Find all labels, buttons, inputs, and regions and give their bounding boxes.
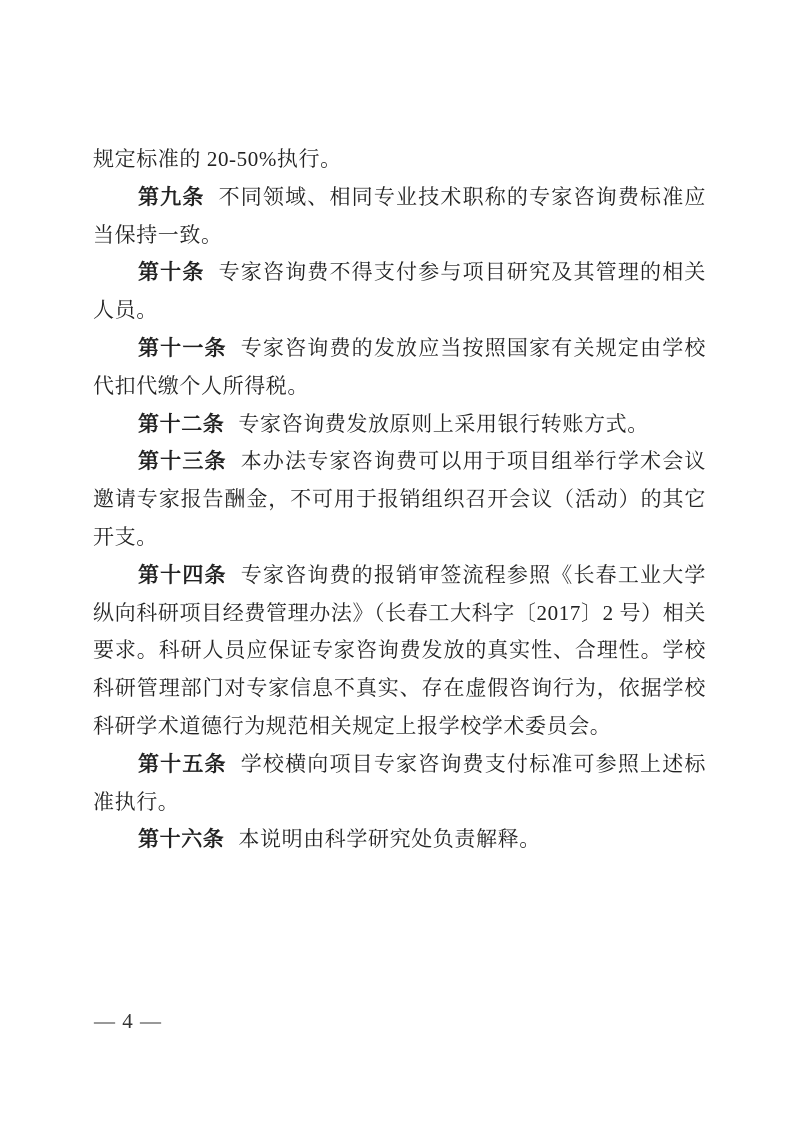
text-line: 第十四条专家咨询费的报销审签流程参照《长春工业大学: [93, 557, 706, 595]
article-number: 第十一条: [138, 337, 227, 360]
line-text: 邀请专家报告酬金，不可用于报销组织召开会议（活动）的其它: [93, 487, 706, 511]
text-line: 第十一条专家咨询费的发放应当按照国家有关规定由学校: [93, 330, 706, 368]
line-text: 规定标准的 20-50%执行。: [93, 147, 342, 171]
text-line: 邀请专家报告酬金，不可用于报销组织召开会议（活动）的其它: [93, 481, 706, 519]
line-text: 纵向科研项目经费管理办法》（长春工大科字〔2017〕2 号）相关: [93, 601, 706, 625]
article-number: 第十条: [138, 261, 205, 284]
text-line: 第十条专家咨询费不得支付参与项目研究及其管理的相关: [93, 254, 706, 292]
line-text: 科研管理部门对专家信息不真实、存在虚假咨询行为，依据学校: [93, 676, 706, 700]
line-text: 科研学术道德行为规范相关规定上报学校学术委员会。: [93, 714, 611, 738]
text-line: 人员。: [93, 292, 706, 330]
line-text: 本说明由科学研究处负责解释。: [238, 827, 540, 851]
article-number: 第十三条: [138, 450, 227, 473]
text-line: 代扣代缴个人所得税。: [93, 368, 706, 406]
text-line: 开支。: [93, 519, 706, 557]
line-text: 要求。科研人员应保证专家咨询费发放的真实性、合理性。学校: [93, 638, 706, 662]
line-text: 专家咨询费的发放应当按照国家有关规定由学校: [241, 336, 706, 360]
line-text: 不同领域、相同专业技术职称的专家咨询费标准应: [219, 185, 706, 209]
article-number: 第十二条: [138, 413, 224, 436]
text-line: 当保持一致。: [93, 217, 706, 255]
line-text: 代扣代缴个人所得税。: [93, 374, 309, 398]
article-number: 第十五条: [138, 753, 227, 776]
line-text: 专家咨询费的报销审签流程参照《长春工业大学: [241, 563, 706, 587]
line-text: 专家咨询费发放原则上采用银行转账方式。: [238, 412, 648, 436]
text-line: 科研学术道德行为规范相关规定上报学校学术委员会。: [93, 708, 706, 746]
text-line: 第十五条学校横向项目专家咨询费支付标准可参照上述标: [93, 746, 706, 784]
text-line: 科研管理部门对专家信息不真实、存在虚假咨询行为，依据学校: [93, 670, 706, 708]
line-text: 开支。: [93, 525, 158, 549]
document-page: 规定标准的 20-50%执行。第九条不同领域、相同专业技术职称的专家咨询费标准应…: [0, 0, 799, 1131]
line-text: 专家咨询费不得支付参与项目研究及其管理的相关: [219, 260, 706, 284]
line-text: 本办法专家咨询费可以用于项目组举行学术会议: [241, 449, 706, 473]
line-text: 当保持一致。: [93, 223, 223, 247]
page-number: — 4 —: [94, 1009, 162, 1034]
line-text: 准执行。: [93, 790, 179, 814]
text-line: 第十六条本说明由科学研究处负责解释。: [93, 821, 706, 859]
article-number: 第十六条: [138, 828, 224, 851]
article-number: 第九条: [138, 186, 205, 209]
text-line: 第九条不同领域、相同专业技术职称的专家咨询费标准应: [93, 179, 706, 217]
line-text: 人员。: [93, 298, 158, 322]
text-line: 规定标准的 20-50%执行。: [93, 141, 706, 179]
line-text: 学校横向项目专家咨询费支付标准可参照上述标: [241, 752, 706, 776]
article-number: 第十四条: [138, 564, 227, 587]
text-line: 第十二条专家咨询费发放原则上采用银行转账方式。: [93, 406, 706, 444]
text-line: 纵向科研项目经费管理办法》（长春工大科字〔2017〕2 号）相关: [93, 595, 706, 633]
document-body: 规定标准的 20-50%执行。第九条不同领域、相同专业技术职称的专家咨询费标准应…: [93, 141, 706, 859]
text-line: 要求。科研人员应保证专家咨询费发放的真实性、合理性。学校: [93, 632, 706, 670]
text-line: 准执行。: [93, 784, 706, 822]
text-line: 第十三条本办法专家咨询费可以用于项目组举行学术会议: [93, 443, 706, 481]
